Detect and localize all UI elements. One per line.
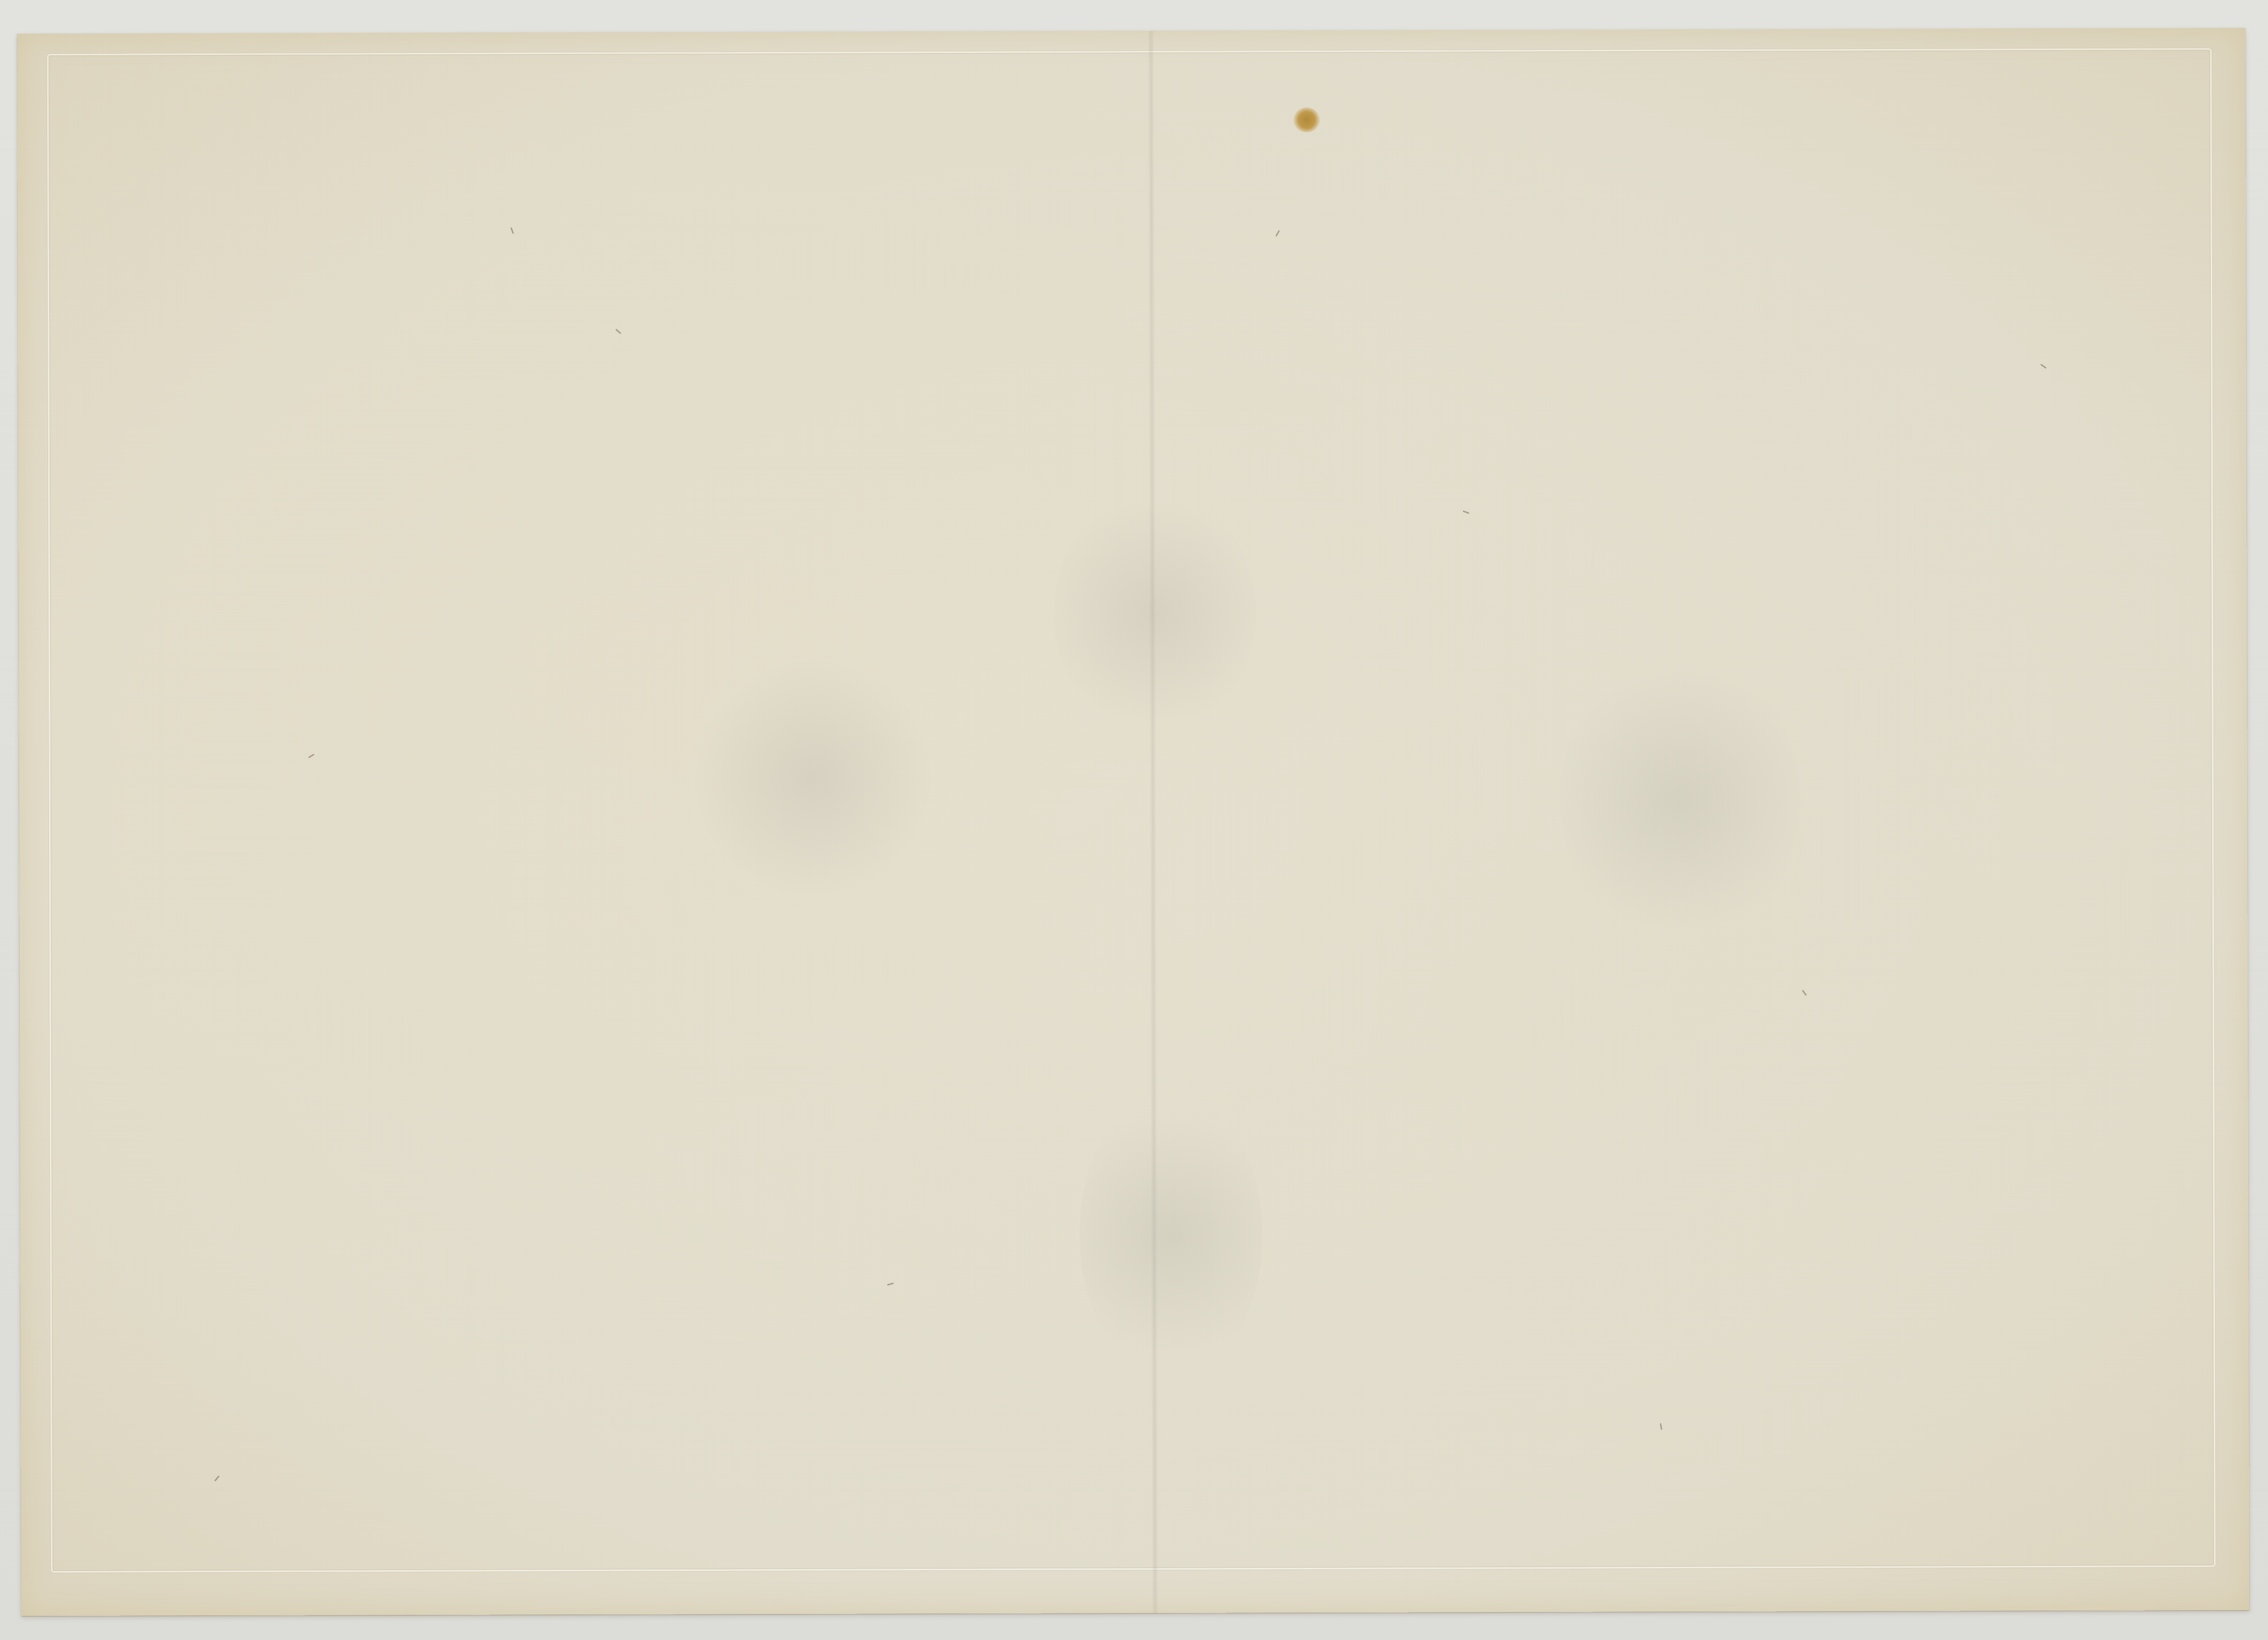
paper-sheet xyxy=(17,28,2250,1616)
show-through-smudge xyxy=(1079,1090,1263,1379)
show-through-smudge xyxy=(1559,655,1801,944)
foxing-spot xyxy=(1293,107,1320,132)
show-through-smudge xyxy=(1053,488,1256,739)
show-through-smudge xyxy=(693,657,934,898)
